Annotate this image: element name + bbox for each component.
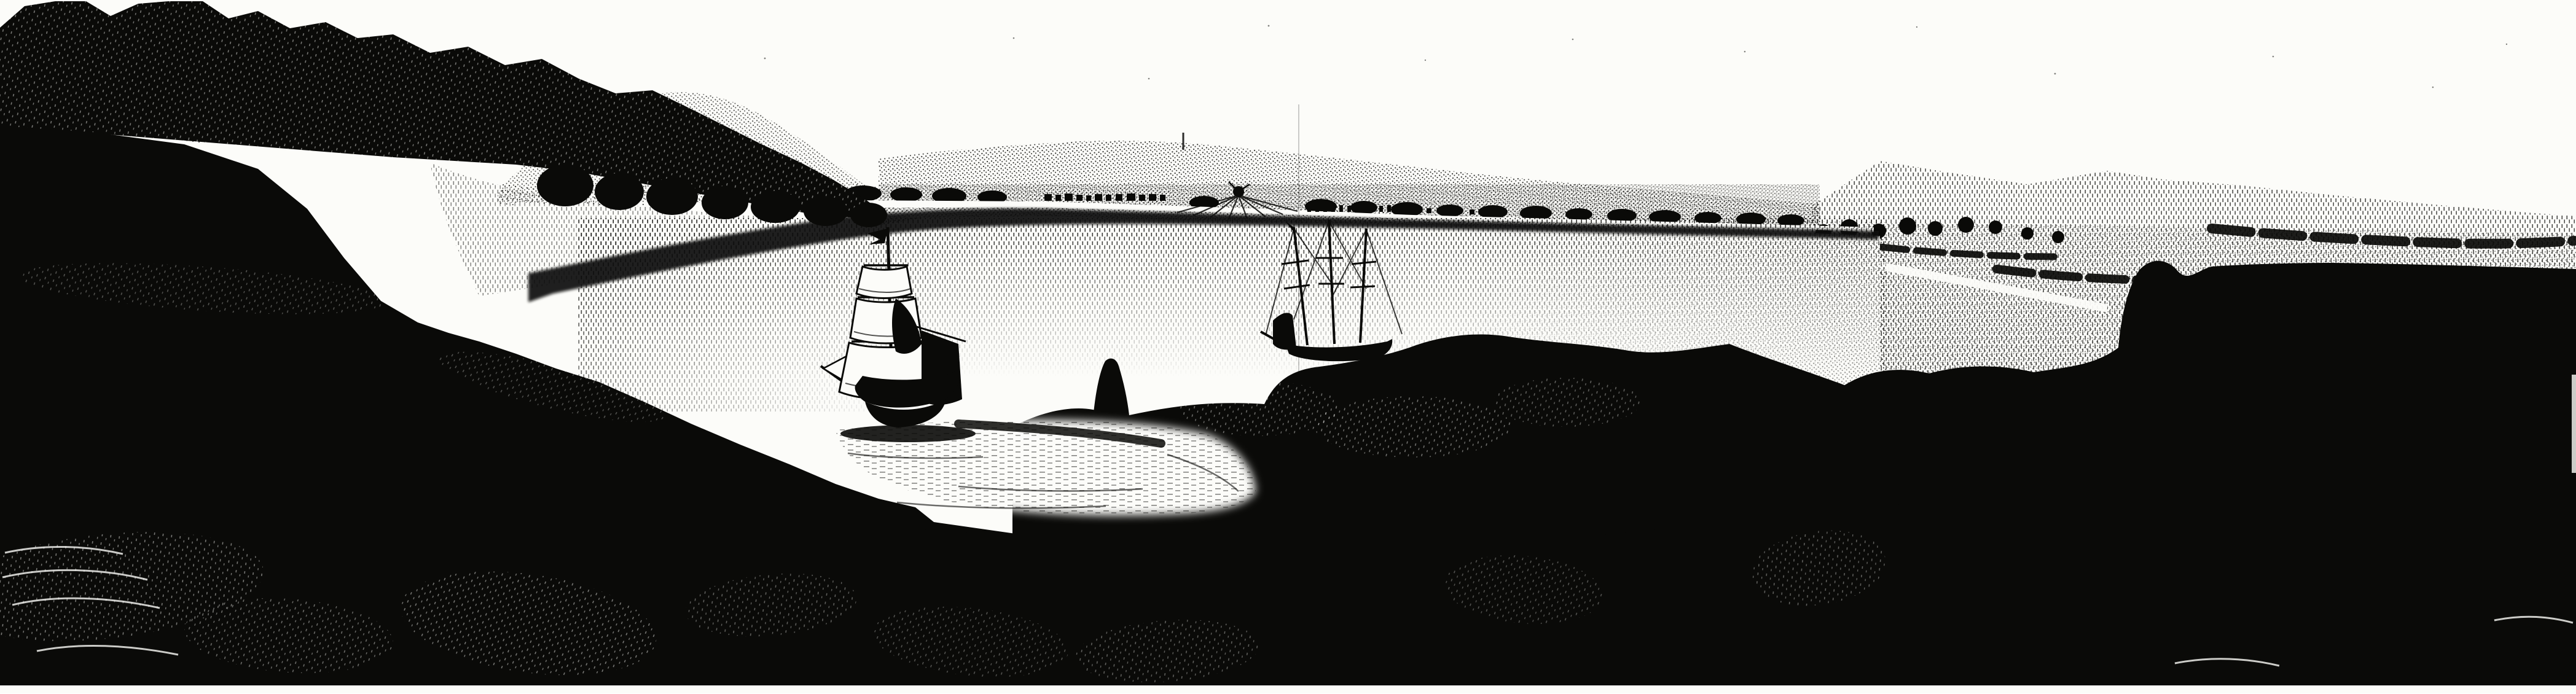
engraving: Panoramic monochrome stipple engraving o… [0,0,2576,693]
paper-margin: white paper margin at the bottom edge [0,685,2576,693]
ship-reflection [840,425,976,442]
engraving-canvas: Panoramic monochrome stipple engraving o… [0,0,2576,693]
